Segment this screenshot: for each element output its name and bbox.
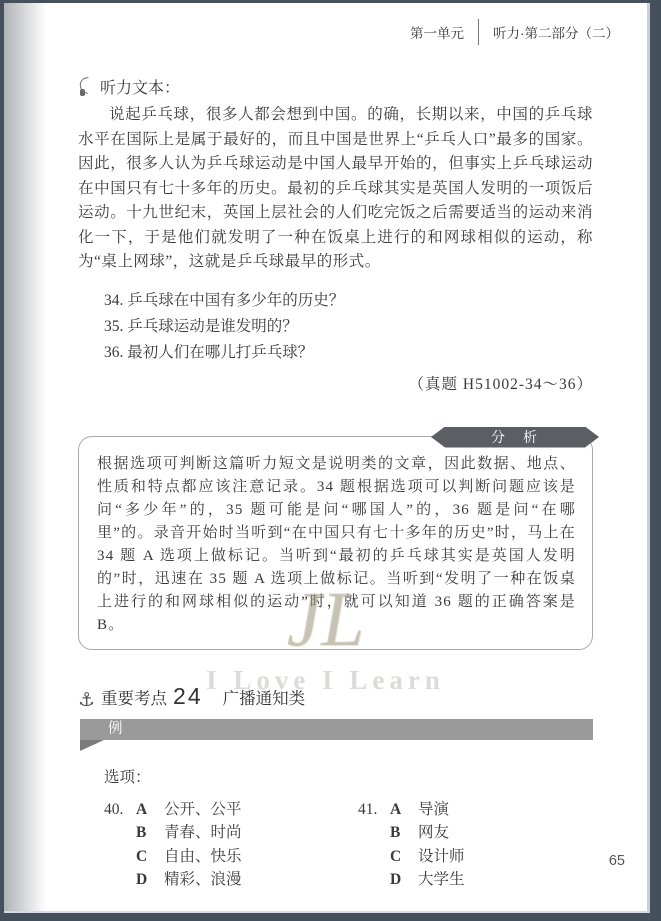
question-36: 36. 最初人们在哪儿打乒乓球？ <box>104 340 593 366</box>
analysis-text: 根据选项可判断这篇听力短文是说明类的文章，因此数据、地点、性质和特点都应该注意记… <box>97 453 576 637</box>
key-point-label: 重要考点 <box>101 685 167 709</box>
listening-paragraph: 说起乒乓球，很多人都会想到中国。的确，长期以来，中国的乒乓球水平在国际上是属于最… <box>78 103 593 275</box>
option-letter: D <box>136 868 164 892</box>
key-point-title: 广播通知类 <box>223 685 306 709</box>
key-point-heading: ⚓ 重要考点 24 广播通知类 <box>78 683 593 710</box>
option-row: C 设计师 <box>358 845 465 869</box>
option-letter: D <box>390 868 418 892</box>
listening-label-row: 听力文本： <box>78 75 593 98</box>
option-group-40: 40. A 公开、公平 B 青春、时尚 C 自由、快乐 D 精彩、 <box>104 798 354 892</box>
question-35: 35. 乒乓球运动是谁发明的？ <box>104 314 593 340</box>
option-number <box>104 821 136 845</box>
page-content: 第一单元 听力·第二部分（二） 听力文本： 说起乒乓球，很多人都会想到中国。的确… <box>4 3 647 892</box>
option-text: 大学生 <box>418 868 465 892</box>
option-number <box>104 845 136 869</box>
listening-label: 听力文本： <box>100 75 180 98</box>
option-text: 导演 <box>418 798 449 822</box>
option-group-41: 41. A 导演 B 网友 C 设计师 D 大学生 <box>358 798 465 892</box>
page-header: 第一单元 听力·第二部分（二） <box>78 19 619 45</box>
question-34: 34. 乒乓球在中国有多少年的历史？ <box>104 288 593 314</box>
option-number: 41. <box>358 798 390 822</box>
option-text: 精彩、浪漫 <box>164 868 242 892</box>
option-letter: C <box>390 845 418 869</box>
option-row: 40. A 公开、公平 <box>104 798 354 822</box>
option-text: 青春、时尚 <box>164 821 242 845</box>
option-number: 40. <box>104 798 136 822</box>
option-letter: A <box>390 798 418 822</box>
example-bar: 例 <box>80 719 593 740</box>
key-point-number: 24 <box>173 683 203 710</box>
options-label: 选项： <box>104 765 593 787</box>
analysis-box: 分 析 根据选项可判断这篇听力短文是说明类的文章，因此数据、地点、性质和特点都应… <box>78 436 593 650</box>
option-row: B 网友 <box>358 821 465 845</box>
headphone-icon <box>78 76 96 98</box>
option-letter: B <box>136 821 164 845</box>
options-section: 40. A 公开、公平 B 青春、时尚 C 自由、快乐 D 精彩、 <box>78 798 593 892</box>
page-number: 65 <box>609 853 625 869</box>
option-text: 设计师 <box>418 845 465 869</box>
question-list: 34. 乒乓球在中国有多少年的历史？ 35. 乒乓球运动是谁发明的？ 36. 最… <box>104 288 593 366</box>
option-letter: C <box>136 845 164 869</box>
option-row: D 大学生 <box>358 868 465 892</box>
option-row: 41. A 导演 <box>358 798 465 822</box>
option-number <box>358 868 390 892</box>
option-text: 网友 <box>418 821 449 845</box>
option-text: 自由、快乐 <box>164 845 242 869</box>
option-letter: A <box>136 798 164 822</box>
anchor-icon: ⚓ <box>78 689 95 711</box>
option-number <box>358 845 390 869</box>
option-text: 公开、公平 <box>164 798 242 822</box>
option-number <box>104 868 136 892</box>
header-divider <box>478 19 479 45</box>
book-page: 第一单元 听力·第二部分（二） 听力文本： 说起乒乓球，很多人都会想到中国。的确… <box>4 3 650 913</box>
header-section: 听力·第二部分（二） <box>493 22 619 42</box>
option-row: C 自由、快乐 <box>104 845 354 869</box>
option-number <box>358 821 390 845</box>
option-row: D 精彩、浪漫 <box>104 868 354 892</box>
option-letter: B <box>390 821 418 845</box>
analysis-ribbon: 分 析 <box>431 427 599 448</box>
header-unit: 第一单元 <box>410 22 464 42</box>
option-row: B 青春、时尚 <box>104 821 354 845</box>
exam-source: （真题 H51002-34～36） <box>78 372 593 394</box>
